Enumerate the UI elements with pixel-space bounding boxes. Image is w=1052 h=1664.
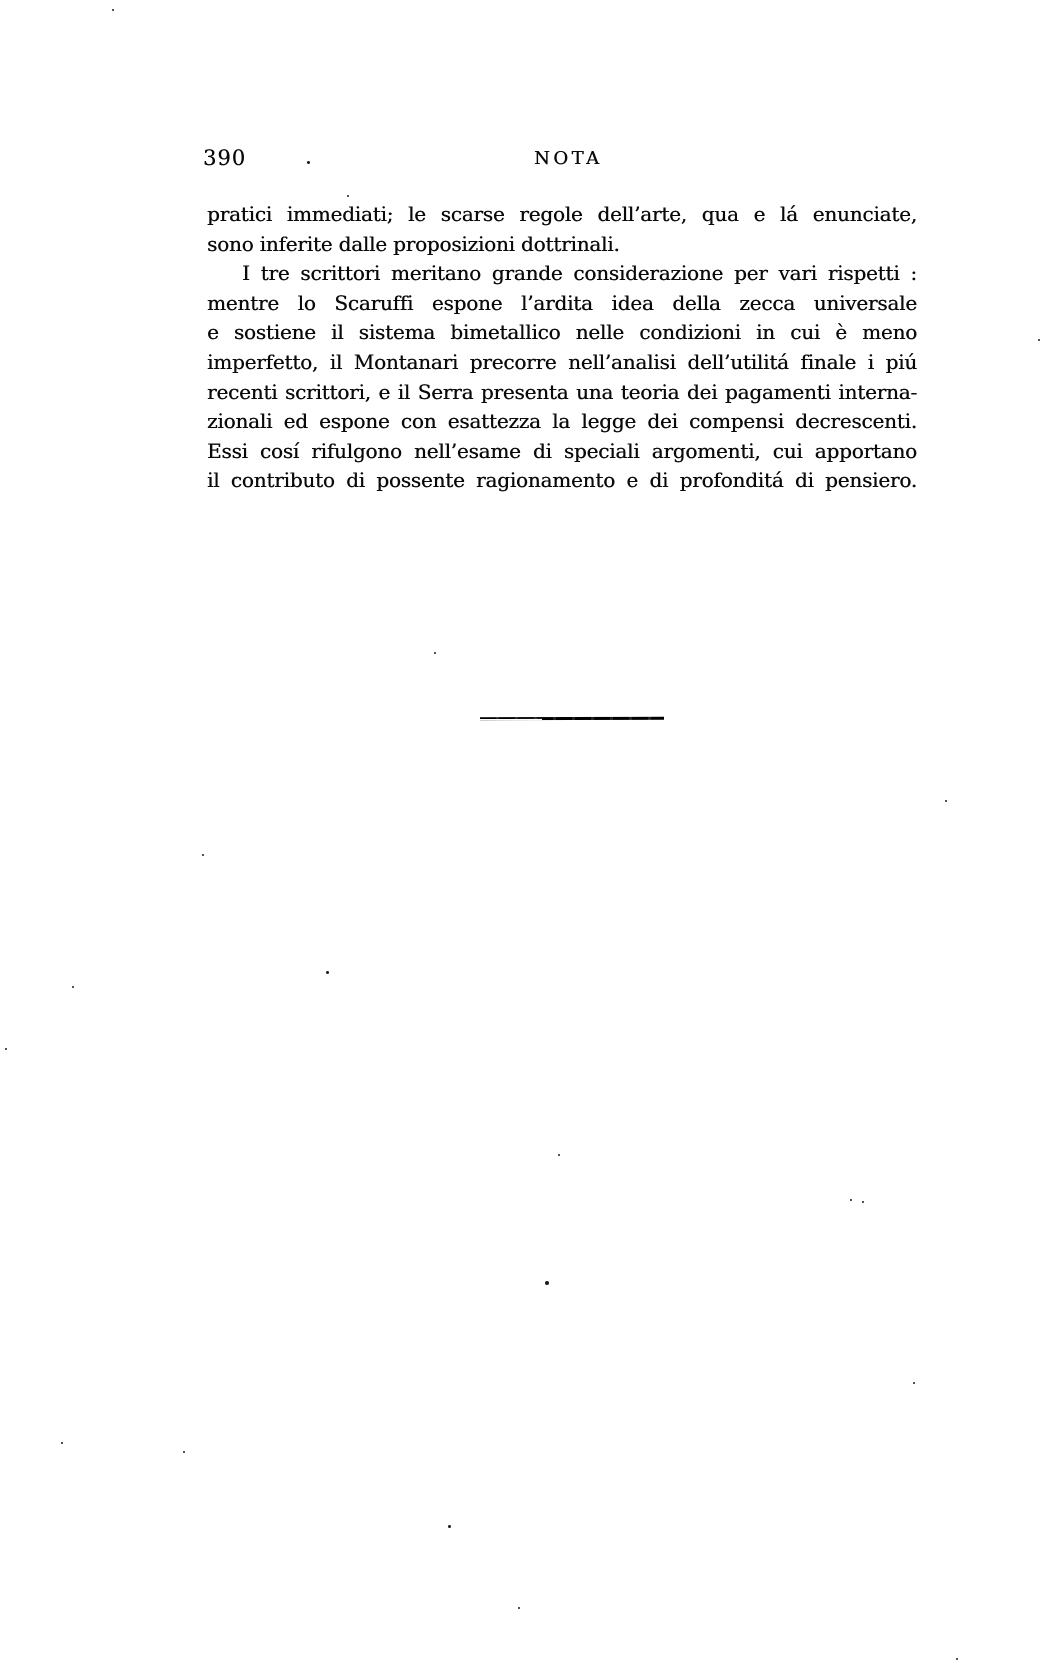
word: Scaruffi [334,289,413,319]
scanned-book-page: 390 NOTA praticiimmediati;lescarseregole… [0,0,1052,1664]
word: I [242,259,250,289]
scan-speck [545,1281,549,1285]
word: dell’utilitá [687,348,788,378]
word: espone [319,407,389,437]
scan-speck [307,161,310,164]
word: idea [611,289,653,319]
word: universale [814,289,917,319]
word: il [331,318,343,348]
word: i [868,348,874,378]
word: contributo [231,466,335,496]
word: di [533,437,552,467]
word: è [835,318,847,348]
text-line: recentiscrittori,eilSerrapresentaunateor… [207,378,917,408]
word: una [576,378,613,408]
word: cui [773,437,803,467]
word: nell’esame [414,437,521,467]
word: pratici [207,200,272,230]
scan-speck [862,1201,864,1203]
word: della [672,289,720,319]
word: : [910,259,917,289]
scan-speck [183,1451,185,1453]
word: il [398,378,410,408]
word: cosí [260,437,299,467]
word: e [378,378,390,408]
word: lo [298,289,316,319]
scan-speck [112,9,114,11]
word: e [626,466,638,496]
scan-speck [5,1048,7,1050]
word: dei [647,407,677,437]
word: regole [519,200,582,230]
word: enunciate, [813,200,917,230]
scan-speck [518,1607,520,1609]
word: legge [581,407,636,437]
word: meritano [391,259,481,289]
word: zionali [207,407,272,437]
word: Montanari [354,348,458,378]
word: rifulgono [311,437,402,467]
text-line: zionaliedesponeconesattezzalaleggedeicom… [207,407,917,437]
word: rispetti [828,259,900,289]
text-line: imperfetto,ilMontanariprecorrenell’anali… [207,348,917,378]
text-line: ilcontributodipossenteragionamentoedipro… [207,466,917,496]
word: l’ardita [521,289,593,319]
word: per [734,259,768,289]
scan-speck [913,1382,915,1384]
word: sostiene [234,318,316,348]
scan-speck [72,986,74,988]
word: dei [687,378,717,408]
word: scrittori [300,259,380,289]
word: imperfetto, [207,348,318,378]
word: vari [778,259,816,289]
word: bimetallico [450,318,560,348]
word: meno [862,318,917,348]
word: le [408,200,426,230]
word: argomenti, [652,437,761,467]
text-line: Essicosírifulgononell’esamedispecialiarg… [207,437,917,467]
word: ragionamento [476,466,615,496]
word: profonditá [680,466,784,496]
word: condizioni [639,318,741,348]
word: pensiero. [825,466,917,496]
word: di [795,466,814,496]
text-line: sono inferite dalle proposizioni dottrin… [207,230,917,260]
word: con [401,407,437,437]
word: considerazione [573,259,723,289]
word: nelle [576,318,624,348]
scan-speck [850,1199,852,1201]
word: ed [283,407,307,437]
word: il [207,466,219,496]
word: presenta [481,378,569,408]
word: nell’analisi [568,348,676,378]
word: sistema [359,318,435,348]
word: scarse [441,200,505,230]
word: pagamenti [725,378,831,408]
scan-speck [558,1154,560,1156]
word: recenti [207,378,277,408]
text-line: praticiimmediati;lescarseregoledell’arte… [207,200,917,230]
word: espone [432,289,502,319]
word: precorre [470,348,557,378]
word: apportano [815,437,917,467]
text-line: esostieneilsistemabimetalliconellecondiz… [207,318,917,348]
scan-speck [434,652,436,654]
word: Serra [418,378,474,408]
scan-speck [448,1525,451,1528]
word: e [753,200,765,230]
word: tre [261,259,290,289]
word: speciali [564,437,640,467]
word: teoria [621,378,680,408]
page-number: 390 [203,146,246,170]
word: esattezza [448,407,541,437]
section-divider-rule [480,717,664,720]
scan-speck [347,195,349,197]
word: scrittori, [285,378,371,408]
word: qua [702,200,739,230]
word: mentre [207,289,279,319]
word: dell’arte, [597,200,687,230]
word: in [756,318,775,348]
word: immediati; [287,200,393,230]
scan-speck [202,854,204,856]
word: interna- [838,378,917,408]
word: possente [376,466,464,496]
word: la [552,407,570,437]
word: zecca [739,289,795,319]
scan-speck [945,800,947,802]
scan-speck [235,477,237,479]
word: grande [492,259,563,289]
running-header-title: NOTA [534,148,603,169]
word: decrescenti. [795,407,917,437]
word: di [649,466,668,496]
body-text: praticiimmediati;lescarseregoledell’arte… [207,200,917,496]
word: compensi [689,407,784,437]
word: lá [780,200,798,230]
text-line: mentreloScaruffiesponel’arditaideadellaz… [207,289,917,319]
word: finale [800,348,856,378]
scan-speck [956,1658,958,1660]
word: cui [790,318,820,348]
word: Essi [207,437,248,467]
word: il [330,348,342,378]
word: di [346,466,365,496]
scan-speck [1038,339,1040,341]
text-line: Itrescrittorimeritanograndeconsiderazion… [207,259,917,289]
scan-speck [326,971,329,974]
word: e [207,318,219,348]
scan-speck [61,1442,63,1444]
word: piú [885,348,916,378]
